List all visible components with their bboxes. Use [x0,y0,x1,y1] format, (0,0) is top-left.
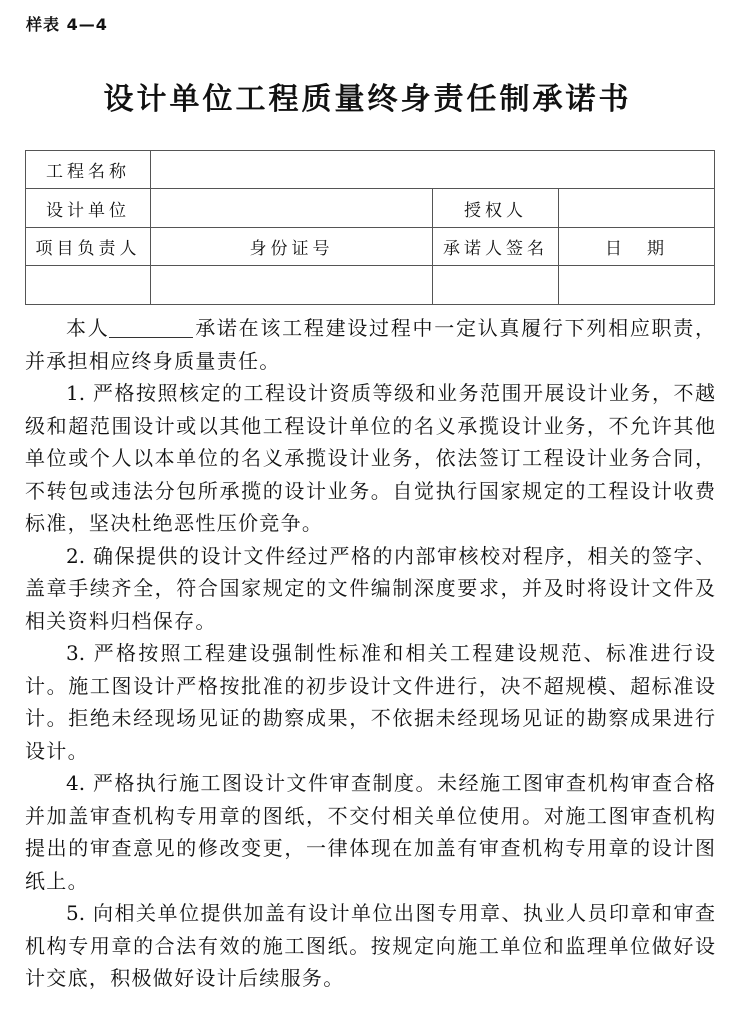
item-5-line: 机构专用章的合法有效的施工图纸。按规定向施工单位和监理单位做好设 [25,930,715,963]
item-2-line: 相关资料归档保存。 [25,605,715,638]
header-date: 日 期 [559,228,715,266]
commitment-body: 本人承诺在该工程建设过程中一定认真履行下列相应职责， 并承担相应终身质量责任。 … [25,312,715,995]
design-unit-field[interactable] [151,189,433,228]
design-unit-label: 设计单位 [26,189,151,228]
item-1-line: 不转包或违法分包所承揽的设计业务。自觉执行国家规定的工程设计收费 [25,475,715,508]
intro-prefix: 本人 [66,316,109,340]
table-row-project-name: 工程名称 [26,151,715,189]
item-4-line: 提出的审查意见的修改变更，一律体现在加盖有审查机构专用章的设计图 [25,832,715,865]
item-3-line: 3. 严格按照工程建设强制性标准和相关工程建设规范、标准进行设 [25,637,715,670]
item-1-line: 级和超范围设计或以其他工程设计单位的名义承揽设计业务，不允许其他 [25,410,715,443]
item-4-line: 4. 严格执行施工图设计文件审查制度。未经施工图审查机构审查合格 [25,767,715,800]
document-title: 设计单位工程质量终身责任制承诺书 [0,74,735,118]
authorizer-field[interactable] [559,189,715,228]
header-signature: 承诺人签名 [433,228,559,266]
info-table: 工程名称 设计单位 授权人 项目负责人 身份证号 承诺人签名 日 期 [25,150,715,305]
project-name-label: 工程名称 [26,151,151,189]
intro-rest: 承诺在该工程建设过程中一定认真履行下列相应职责， [193,316,715,340]
form-number: 样表 4—4 [26,12,108,35]
table-header-row: 项目负责人 身份证号 承诺人签名 日 期 [26,228,715,266]
date-field[interactable] [559,266,715,305]
item-5-line: 5. 向相关单位提供加盖有设计单位出图专用章、执业人员印章和审查 [25,897,715,930]
item-1-line: 1. 严格按照核定的工程设计资质等级和业务范围开展设计业务，不越 [25,377,715,410]
project-name-field[interactable] [151,151,715,189]
item-2-line: 2. 确保提供的设计文件经过严格的内部审核校对程序，相关的签字、 [25,540,715,573]
item-4-line: 并加盖审查机构专用章的图纸，不交付相关单位使用。对施工图审查机构 [25,800,715,833]
item-1-line: 单位或个人以本单位的名义承揽设计业务，依法签订工程设计业务合同， [25,442,715,475]
item-4-line: 纸上。 [25,865,715,898]
item-3-line: 设计。 [25,735,715,768]
item-3-line: 计。拒绝未经现场见证的勘察成果，不依据未经现场见证的勘察成果进行 [25,702,715,735]
item-3-line: 计。施工图设计严格按批准的初步设计文件进行，决不超规模、超标准设 [25,670,715,703]
header-project-lead: 项目负责人 [26,228,151,266]
project-lead-field[interactable] [26,266,151,305]
signature-field[interactable] [433,266,559,305]
item-2-line: 盖章手续齐全，符合国家规定的文件编制深度要求，并及时将设计文件及 [25,572,715,605]
item-5-line: 计交底，积极做好设计后续服务。 [25,962,715,995]
table-row [26,266,715,305]
intro-line-1: 本人承诺在该工程建设过程中一定认真履行下列相应职责， [25,312,715,345]
header-id-number: 身份证号 [151,228,433,266]
authorizer-label: 授权人 [433,189,559,228]
item-1-line: 标准，坚决杜绝恶性压价竞争。 [25,507,715,540]
id-number-field[interactable] [151,266,433,305]
intro-line-2: 并承担相应终身质量责任。 [25,345,715,378]
table-row-design-unit: 设计单位 授权人 [26,189,715,228]
name-blank-field[interactable] [109,315,193,338]
